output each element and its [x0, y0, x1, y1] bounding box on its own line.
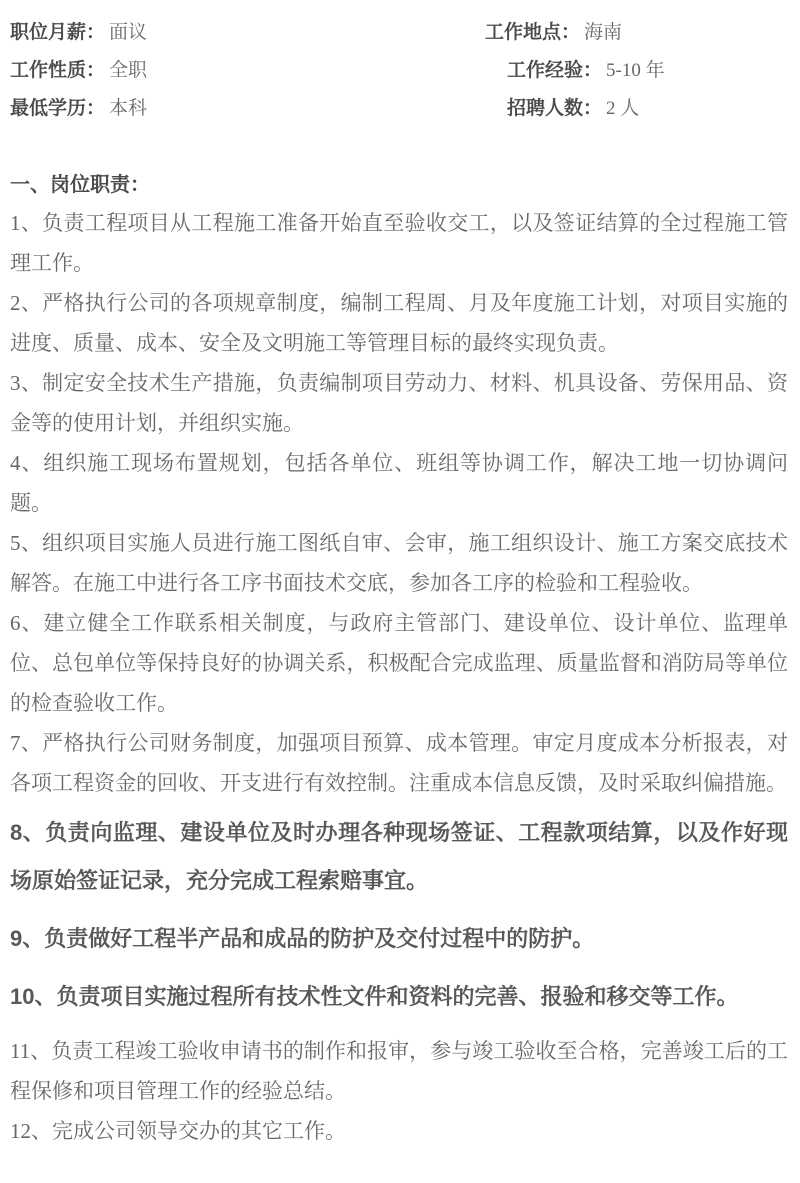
headcount-field: 招聘人数：2 人 — [485, 90, 788, 128]
headcount-label: 招聘人数： — [507, 98, 602, 119]
job-summary-section: 职位月薪：面议 工作地点：海南 工作性质：全职 工作经验：5-10 年 最低学历… — [10, 14, 788, 128]
job-salary-label: 职位月薪： — [10, 22, 105, 43]
min-education-field: 最低学历：本科 — [10, 90, 485, 128]
responsibility-item-3: 3、制定安全技术生产措施，负责编制项目劳动力、材料、机具设备、劳保用品、资金等的… — [10, 363, 788, 443]
summary-row-2: 工作性质：全职 工作经验：5-10 年 — [10, 52, 788, 90]
work-experience-value: 5-10 年 — [606, 60, 665, 81]
work-experience-field: 工作经验：5-10 年 — [485, 52, 788, 90]
work-location-field: 工作地点：海南 — [485, 14, 788, 52]
job-type-field: 工作性质：全职 — [10, 52, 485, 90]
min-education-label: 最低学历： — [10, 98, 105, 119]
responsibility-item-1: 1、负责工程项目从工程施工准备开始直至验收交工，以及签证结算的全过程施工管理工作… — [10, 203, 788, 283]
responsibility-item-4: 4、组织施工现场布置规划，包括各单位、班组等协调工作，解决工地一切协调问题。 — [10, 443, 788, 523]
job-salary-field: 职位月薪：面议 — [10, 14, 485, 52]
responsibilities-list: 1、负责工程项目从工程施工准备开始直至验收交工，以及签证结算的全过程施工管理工作… — [10, 203, 788, 1151]
responsibility-item-8: 8、负责向监理、建设单位及时办理各种现场签证、工程款项结算，以及作好现场原始签证… — [10, 809, 788, 905]
responsibility-item-7: 7、严格执行公司财务制度，加强项目预算、成本管理。审定月度成本分析报表，对各项工… — [10, 723, 788, 803]
responsibility-item-12: 12、完成公司领导交办的其它工作。 — [10, 1111, 788, 1151]
job-salary-value: 面议 — [109, 22, 147, 43]
job-type-label: 工作性质： — [10, 60, 105, 81]
responsibility-item-2: 2、严格执行公司的各项规章制度，编制工程周、月及年度施工计划，对项目实施的进度、… — [10, 283, 788, 363]
job-posting-document: 职位月薪：面议 工作地点：海南 工作性质：全职 工作经验：5-10 年 最低学历… — [0, 0, 800, 1183]
work-location-label: 工作地点： — [485, 22, 580, 43]
responsibility-item-10: 10、负责项目实施过程所有技术性文件和资料的完善、报验和移交等工作。 — [10, 973, 788, 1021]
responsibility-item-5: 5、组织项目实施人员进行施工图纸自审、会审，施工组织设计、施工方案交底技术解答。… — [10, 523, 788, 603]
headcount-value: 2 人 — [606, 98, 639, 119]
min-education-value: 本科 — [109, 98, 147, 119]
responsibility-item-11: 11、负责工程竣工验收申请书的制作和报审，参与竣工验收至合格，完善竣工后的工程保… — [10, 1031, 788, 1111]
work-experience-label: 工作经验： — [507, 60, 602, 81]
summary-row-3: 最低学历：本科 招聘人数：2 人 — [10, 90, 788, 128]
responsibilities-heading: 一、岗位职责： — [10, 172, 788, 198]
work-location-value: 海南 — [584, 22, 622, 43]
responsibility-item-9: 9、负责做好工程半产品和成品的防护及交付过程中的防护。 — [10, 915, 788, 963]
job-type-value: 全职 — [109, 60, 147, 81]
summary-row-1: 职位月薪：面议 工作地点：海南 — [10, 14, 788, 52]
responsibility-item-6: 6、建立健全工作联系相关制度，与政府主管部门、建设单位、设计单位、监理单位、总包… — [10, 603, 788, 723]
